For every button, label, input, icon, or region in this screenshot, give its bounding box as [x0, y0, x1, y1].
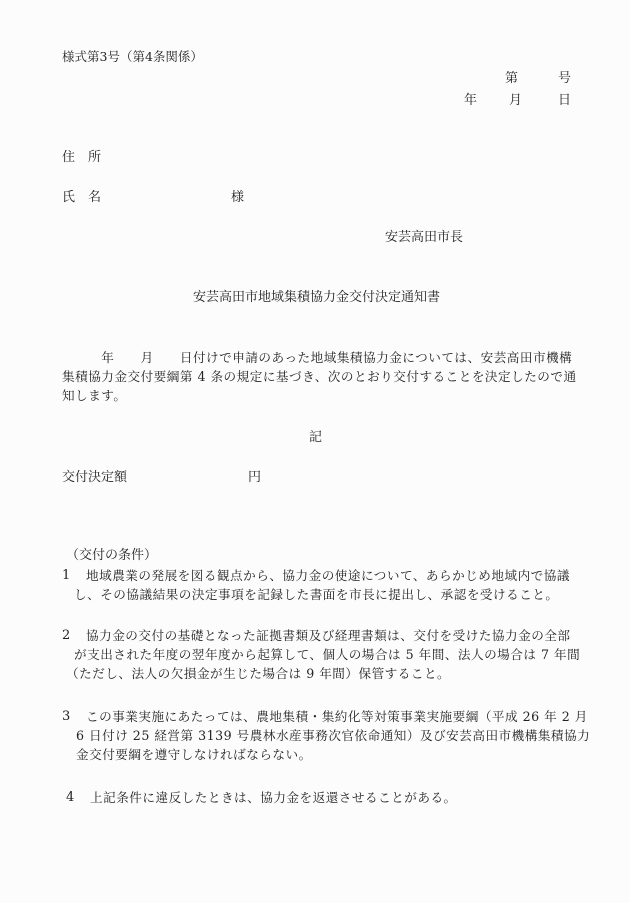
conditions-heading: （交付の条件） — [66, 546, 157, 565]
honorific: 様 — [231, 188, 244, 207]
body-line-3: 知します。 — [62, 386, 126, 405]
issuer: 安芸高田市長 — [385, 228, 463, 247]
address-label: 住 所 — [62, 148, 101, 167]
amount-unit: 円 — [248, 468, 261, 487]
body-line-1: 年 月 日付けで申請のあった地域集積協力金については、安芸高田市機構 — [62, 348, 572, 367]
condition-line: 協力金の交付の基礎となった証拠書類及び経理書類は、交付を受けた協力金の全部 — [86, 626, 570, 645]
condition-number: 1 — [62, 566, 70, 585]
condition-line: 金交付要綱を遵守しなければならない。 — [76, 745, 312, 764]
ref-number-prefix: 第 — [505, 69, 518, 88]
condition-line: し、その協議結果の決定事項を記録した書面を市長に提出し、承認を受けること。 — [74, 585, 558, 604]
condition-line: 上記条件に違反したときは、協力金を返還させることがある。 — [90, 788, 457, 807]
date-day: 日 — [558, 91, 571, 110]
date-month: 月 — [509, 91, 522, 110]
condition-line: （ただし、法人の欠損金が生じた場合は 9 年間）保管すること。 — [66, 664, 450, 683]
condition-number: 3 — [62, 707, 70, 726]
condition-line: 地域農業の発展を図る観点から、協力金の使途について、あらかじめ地域内で協議 — [86, 566, 570, 585]
ki-heading: 記 — [309, 428, 322, 447]
condition-number: 4 — [66, 788, 74, 807]
date-year: 年 — [464, 91, 477, 110]
name-label: 氏 名 — [62, 188, 101, 207]
document-title: 安芸高田市地域集積協力金交付決定通知書 — [193, 288, 440, 307]
body-line-2: 集積協力金交付要綱第 4 条の規定に基づき、次のとおり交付することを決定したので… — [62, 367, 577, 386]
amount-label: 交付決定額 — [62, 468, 127, 487]
condition-line: が支出された年度の翌年度から起算して、個人の場合は 5 年間、法人の場合は 7 … — [74, 645, 580, 664]
form-number: 様式第3号（第4条関係） — [62, 47, 203, 66]
ref-number-suffix: 号 — [558, 69, 571, 88]
condition-number: 2 — [62, 626, 70, 645]
condition-line: この事業実施にあたっては、農地集積・集約化等対策事業実施要綱（平成 26 年 2… — [86, 707, 588, 726]
condition-line: 6 日付け 25 経営第 3139 号農林水産事務次官依命通知）及び安芸高田市機… — [76, 726, 590, 745]
